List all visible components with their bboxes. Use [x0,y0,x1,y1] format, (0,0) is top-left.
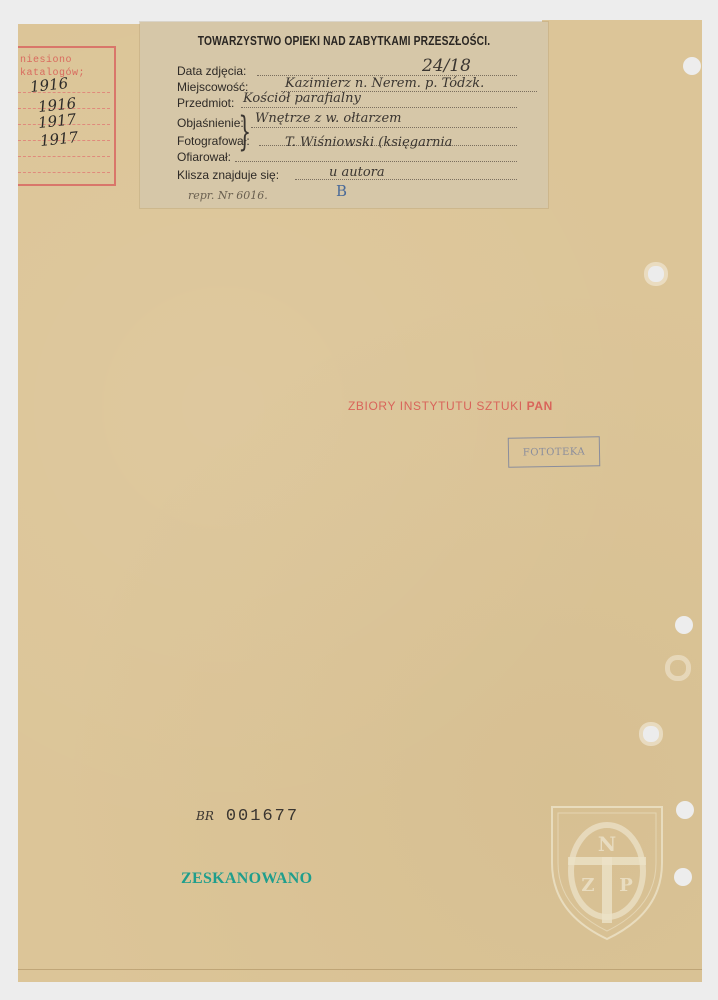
field-label: Miejscowość: [177,80,248,94]
brace-mark: } [238,112,251,152]
field-value: 24/18 [422,56,471,76]
catalog-rule [18,172,110,173]
repository-letter: B [336,182,347,200]
svg-text:Z: Z [581,875,594,896]
institute-stamp: ZBIORY INSTYTUTU SZTUKI PAN [348,399,553,413]
binder-hole [676,801,694,819]
catalog-year: 1917 [39,128,79,150]
photo-label-card: TOWARZYSTWO OPIEKI NAD ZABYTKAMI PRZESZŁ… [140,22,548,208]
field-value: Kościół parafialny [243,91,361,106]
field-value: Kazimierz n. Nerem. p. Tódzk. [285,76,484,91]
binder-hole [674,868,692,886]
institute-stamp-text: ZBIORY INSTYTUTU SZTUKI [348,399,523,413]
catalog-register-box: niesiono katalogów; 1916 1916 1917 1917 [18,46,116,186]
paper-tear [670,660,686,676]
field-label: Data zdjęcia: [177,64,246,78]
paper-fold [542,20,702,24]
paper-tear [643,726,659,742]
watermark-shield-icon: N Z P [548,803,666,943]
dotted-line [241,107,517,108]
paper-fold-line [18,969,702,970]
field-value: u autora [329,165,385,180]
svg-text:N: N [598,832,616,856]
field-label: Klisza znajduje się: [177,168,279,182]
dotted-line [251,127,517,128]
paper-tear [648,266,664,282]
scanned-stamp: ZESKANOWANO [181,870,312,888]
catalog-rule [18,156,110,157]
binder-hole [675,616,693,634]
society-title: TOWARZYSTWO OPIEKI NAD ZABYTKAMI PRZESZŁ… [177,34,512,48]
field-value: T. Wiśniowski (księgarnia [285,135,452,150]
binder-hole [683,57,701,75]
field-subject: Przedmiot: Kościół parafialny [177,96,517,112]
inventory-number: BR001677 [196,807,299,826]
dotted-line [235,161,517,162]
repository-note: repr. Nr 6016. [188,189,268,202]
field-description: Objaśnienie: Wnętrze z w. ołtarzem [177,116,517,132]
field-label: Objaśnienie: [177,116,244,130]
inventory-prefix: BR [196,809,214,823]
institute-stamp-pan: PAN [527,399,553,413]
field-label: Przedmiot: [177,96,234,110]
svg-text:P: P [619,875,633,896]
field-label: Ofiarował: [177,150,231,164]
inventory-value: 001677 [226,807,299,826]
field-donor: Ofiarował: [177,150,517,166]
fototeka-stamp: FOTOTEKA [508,436,601,468]
field-photographer: Fotografował: T. Wiśniowski (księgarnia [177,134,517,150]
field-value: Wnętrze z w. ołtarzem [255,111,401,126]
